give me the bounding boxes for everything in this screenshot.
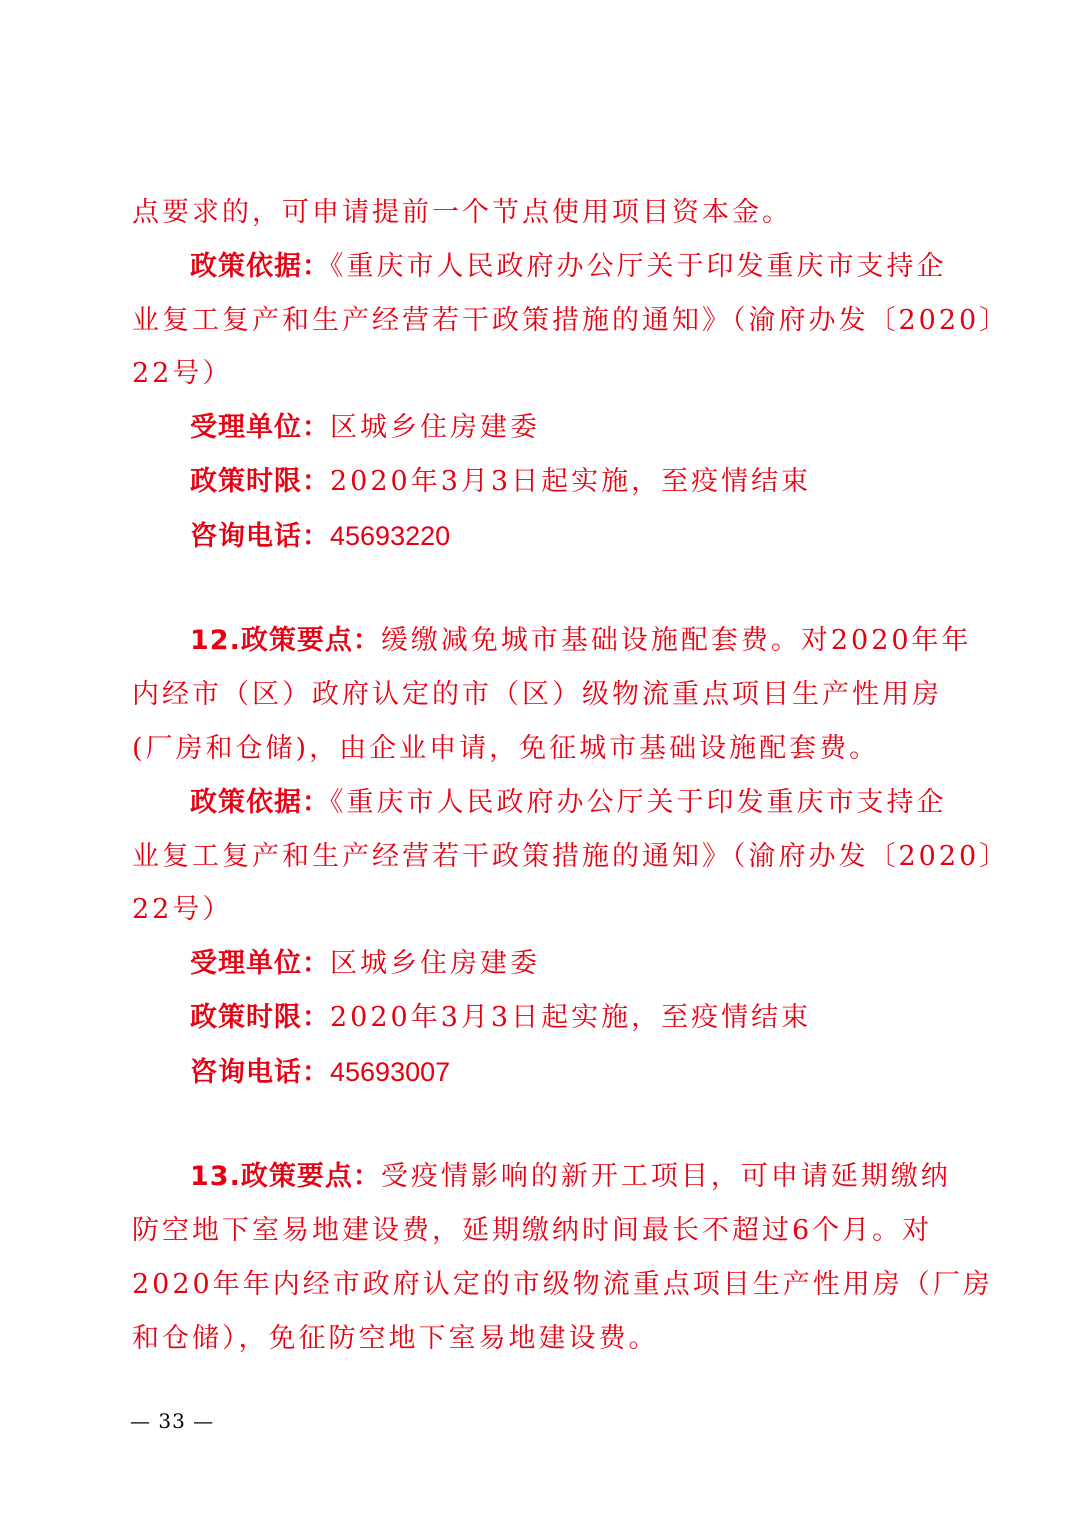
item12-key-point-label: 12.政策要点： (190, 625, 381, 656)
item13-key-point-text: 受疫情影响的新开工项目，可申请延期缴纳 (381, 1161, 951, 1192)
policy-period-value: 2020年3月3日起实施，至疫情结束 (330, 466, 811, 497)
item12-period-label: 政策时限： (190, 1002, 330, 1033)
item12-phone-label: 咨询电话： (190, 1057, 330, 1088)
policy-basis-text-end: 22号） (132, 356, 232, 392)
item12-basis-text-end: 22号） (132, 892, 232, 928)
item12-basis-text: 《重庆市人民政府办公厅关于印发重庆市支持企 (330, 787, 947, 818)
consult-phone-value: 45693220 (330, 521, 450, 551)
item13-text-line2: 防空地下室易地建设费，延期缴纳时间最长不超过6个月。对 (132, 1213, 932, 1249)
item12-basis-line: 政策依据：《重庆市人民政府办公厅关于印发重庆市支持企 (190, 785, 947, 821)
item12-key-point-line: 12.政策要点：缓缴减免城市基础设施配套费。对2020年年 (190, 623, 972, 659)
handling-unit-line: 受理单位：区城乡住房建委 (190, 410, 540, 446)
item12-period-line: 政策时限：2020年3月3日起实施，至疫情结束 (190, 1000, 811, 1036)
item12-period-value: 2020年3月3日起实施，至疫情结束 (330, 1002, 811, 1033)
item13-text-line3: 2020年年内经市政府认定的市级物流重点项目生产性用房（厂房 (132, 1267, 993, 1303)
item12-basis-text-cont: 业复工复产和生产经营若干政策措施的通知》（渝府办发〔2020〕 (132, 839, 1009, 875)
consult-phone-line: 咨询电话：45693220 (190, 518, 450, 555)
item12-text-line2: 内经市（区）政府认定的市（区）级物流重点项目生产性用房 (132, 677, 942, 713)
item13-text-line4: 和仓储），免征防空地下室易地建设费。 (132, 1321, 659, 1357)
policy-basis-text: 《重庆市人民政府办公厅关于印发重庆市支持企 (330, 251, 947, 282)
continuation-text: 点要求的，可申请提前一个节点使用项目资本金。 (132, 195, 792, 231)
item12-text-line3: (厂房和仓储)，由企业申请，免征城市基础设施配套费。 (132, 731, 879, 767)
policy-basis-label: 政策依据： (190, 251, 330, 282)
document-page: 点要求的，可申请提前一个节点使用项目资本金。 政策依据：《重庆市人民政府办公厅关… (0, 0, 1075, 1520)
policy-basis-line: 政策依据：《重庆市人民政府办公厅关于印发重庆市支持企 (190, 249, 947, 285)
item13-key-point-label: 13.政策要点： (190, 1161, 381, 1192)
item12-basis-label: 政策依据： (190, 787, 330, 818)
policy-period-label: 政策时限： (190, 466, 330, 497)
item12-key-point-text: 缓缴减免城市基础设施配套费。对2020年年 (381, 625, 972, 656)
handling-unit-value: 区城乡住房建委 (330, 412, 540, 443)
policy-period-line: 政策时限：2020年3月3日起实施，至疫情结束 (190, 464, 811, 500)
handling-unit-label: 受理单位： (190, 412, 330, 443)
consult-phone-label: 咨询电话： (190, 521, 330, 552)
page-number: — 33 — (130, 1409, 214, 1433)
item12-phone-value: 45693007 (330, 1057, 450, 1087)
item12-phone-line: 咨询电话：45693007 (190, 1054, 450, 1091)
item12-unit-line: 受理单位：区城乡住房建委 (190, 946, 540, 982)
policy-basis-text-cont: 业复工复产和生产经营若干政策措施的通知》（渝府办发〔2020〕 (132, 303, 1009, 339)
item12-unit-value: 区城乡住房建委 (330, 948, 540, 979)
item12-unit-label: 受理单位： (190, 948, 330, 979)
item13-key-point-line: 13.政策要点：受疫情影响的新开工项目，可申请延期缴纳 (190, 1159, 951, 1195)
